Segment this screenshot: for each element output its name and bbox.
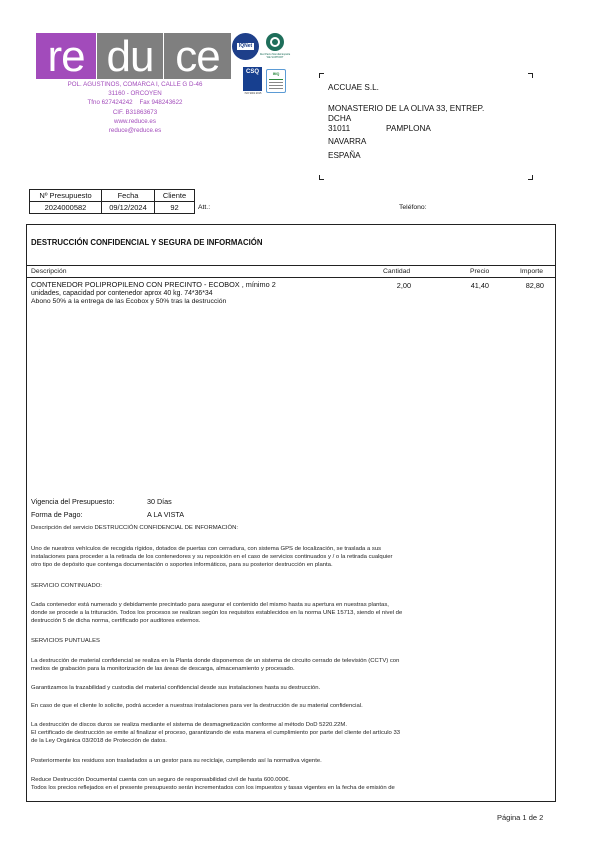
validity-label: Vigencia del Presupuesto: bbox=[31, 497, 114, 506]
quote-number: 2024000582 bbox=[30, 202, 102, 214]
address-corner-top-left bbox=[319, 73, 324, 78]
recipient-city: PAMPLONA bbox=[386, 124, 431, 134]
body-text-line: El certificado de destrucción se emite a… bbox=[31, 730, 551, 738]
recipient-postal-code: 31011 bbox=[328, 124, 350, 134]
iqnet-label: IQNet bbox=[237, 43, 254, 50]
global-compact-caption: Red Pacto Mundial España WE SUPPORT bbox=[259, 53, 291, 59]
validity-value: 30 Días bbox=[147, 497, 172, 506]
item-description-line-1: CONTENEDOR POLIPROPILENO CON PRECINTO - … bbox=[31, 280, 331, 289]
quote-client-label: Cliente bbox=[155, 190, 195, 202]
quote-header-table: Nº Presupuesto Fecha Cliente 2024000582 … bbox=[29, 189, 195, 214]
recipient-street-2: DCHA bbox=[328, 114, 351, 124]
column-quantity: Cantidad bbox=[383, 268, 410, 275]
body-text-line: medios de grabación para la monitorizaci… bbox=[31, 666, 551, 674]
logo-re-block: re bbox=[36, 33, 96, 79]
service-description-heading: Descripción del servicio DESTRUCCIÓN CON… bbox=[31, 525, 551, 533]
address-corner-top-right bbox=[528, 73, 533, 78]
body-text-line: Garantizamos la trazabilidad y custodia … bbox=[31, 685, 551, 693]
logo-ce-block: ce bbox=[164, 33, 231, 79]
quote-number-label: Nº Presupuesto bbox=[30, 190, 102, 202]
body-text-line: Posteriormente los residuos son traslada… bbox=[31, 758, 551, 766]
quote-client: 92 bbox=[155, 202, 195, 214]
item-price: 41,40 bbox=[460, 281, 489, 290]
quote-date-label: Fecha bbox=[102, 190, 155, 202]
address-corner-bottom-left bbox=[319, 175, 324, 180]
address-corner-bottom-right bbox=[528, 175, 533, 180]
company-web: www.reduce.es bbox=[36, 117, 234, 126]
company-info: POL. AGUSTINOS, COMARCA I, CALLE G D-46 … bbox=[36, 80, 234, 135]
body-text-line: Todos los precios reflejados en el prese… bbox=[31, 785, 551, 793]
body-text-line: La destrucción de discos duros se realiz… bbox=[31, 722, 551, 730]
body-text-line: Cada contenedor está numerado y debidame… bbox=[31, 602, 551, 610]
recipient-country: ESPAÑA bbox=[328, 151, 361, 161]
section-title: DESTRUCCIÓN CONFIDENCIAL Y SEGURA DE INF… bbox=[31, 238, 262, 247]
company-address: POL. AGUSTINOS, COMARCA I, CALLE G D-46 bbox=[36, 80, 234, 89]
iqnet-badge-icon: IQNet bbox=[232, 33, 259, 60]
body-text-line: destrucción 5 de dicha norma, certificad… bbox=[31, 618, 551, 626]
logo-text-ce: ce bbox=[175, 35, 219, 79]
body-text-line: Reduce Destrucción Documental cuenta con… bbox=[31, 777, 551, 785]
logo-du-block: du bbox=[97, 33, 163, 79]
quote-body-frame bbox=[26, 224, 556, 802]
quote-date: 09/12/2024 bbox=[102, 202, 155, 214]
payment-label: Forma de Pago: bbox=[31, 510, 83, 519]
phone-label: Teléfono: bbox=[399, 204, 427, 211]
column-header-divider-bottom bbox=[26, 277, 556, 278]
item-amount: 82,80 bbox=[515, 281, 544, 290]
body-text-line: La destrucción de material confidencial … bbox=[31, 658, 551, 666]
body-text-line: instalaciones para proceder a la retirad… bbox=[31, 554, 551, 562]
csq-badge-icon: CSQ bbox=[243, 67, 262, 91]
company-email: reduce@reduce.es bbox=[36, 126, 234, 135]
global-compact-badge-icon bbox=[266, 33, 284, 51]
item-quantity: 2,00 bbox=[380, 281, 411, 290]
csq-standard: ISO 9001:2015 bbox=[242, 92, 264, 95]
one-off-services-heading: SERVICIOS PUNTUALES bbox=[31, 638, 551, 646]
body-text-line: donde se procede a la trituración. Todos… bbox=[31, 610, 551, 618]
recipient-street-1: MONASTERIO DE LA OLIVA 33, ENTREP. bbox=[328, 104, 484, 114]
logo-text-re: re bbox=[47, 35, 84, 79]
column-amount: Importe bbox=[520, 268, 543, 275]
company-phone: Tfno 627424242 Fax 948243622 bbox=[36, 98, 234, 107]
column-header-divider-top bbox=[26, 265, 556, 266]
payment-value: A LA VISTA bbox=[147, 510, 184, 519]
page-number: Página 1 de 2 bbox=[497, 813, 543, 822]
company-city: 31160 - ORCOYEN bbox=[36, 89, 234, 98]
att-label: Att.: bbox=[198, 204, 210, 211]
body-text-line: de la Ley Orgánica 03/2018 de Protección… bbox=[31, 738, 551, 746]
body-text-line: En caso de que el cliente lo solicite, p… bbox=[31, 703, 551, 711]
recipient-name: ACCUAE S.L. bbox=[328, 83, 379, 93]
body-text-line: otro tipo de depósito que contenga docum… bbox=[31, 562, 551, 570]
line-item-description: CONTENEDOR POLIPROPILENO CON PRECINTO - … bbox=[31, 280, 331, 307]
continuous-service-heading: SERVICIO CONTINUADO: bbox=[31, 583, 551, 591]
column-description: Descripción bbox=[31, 268, 67, 275]
company-cif: CIF. B31863673 bbox=[36, 108, 234, 117]
item-description-line-3: Abono 50% a la entrega de las Ecobox y 5… bbox=[31, 297, 331, 306]
csq-label: CSQ bbox=[244, 69, 261, 76]
imq-label: IMQ bbox=[268, 72, 284, 76]
imq-badge-icon: IMQ bbox=[266, 69, 286, 93]
recipient-province: NAVARRA bbox=[328, 137, 366, 147]
logo-text-du: du bbox=[107, 35, 154, 79]
column-price: Precio bbox=[470, 268, 489, 275]
body-text-line: Uno de nuestros vehículos de recogida rí… bbox=[31, 546, 551, 554]
